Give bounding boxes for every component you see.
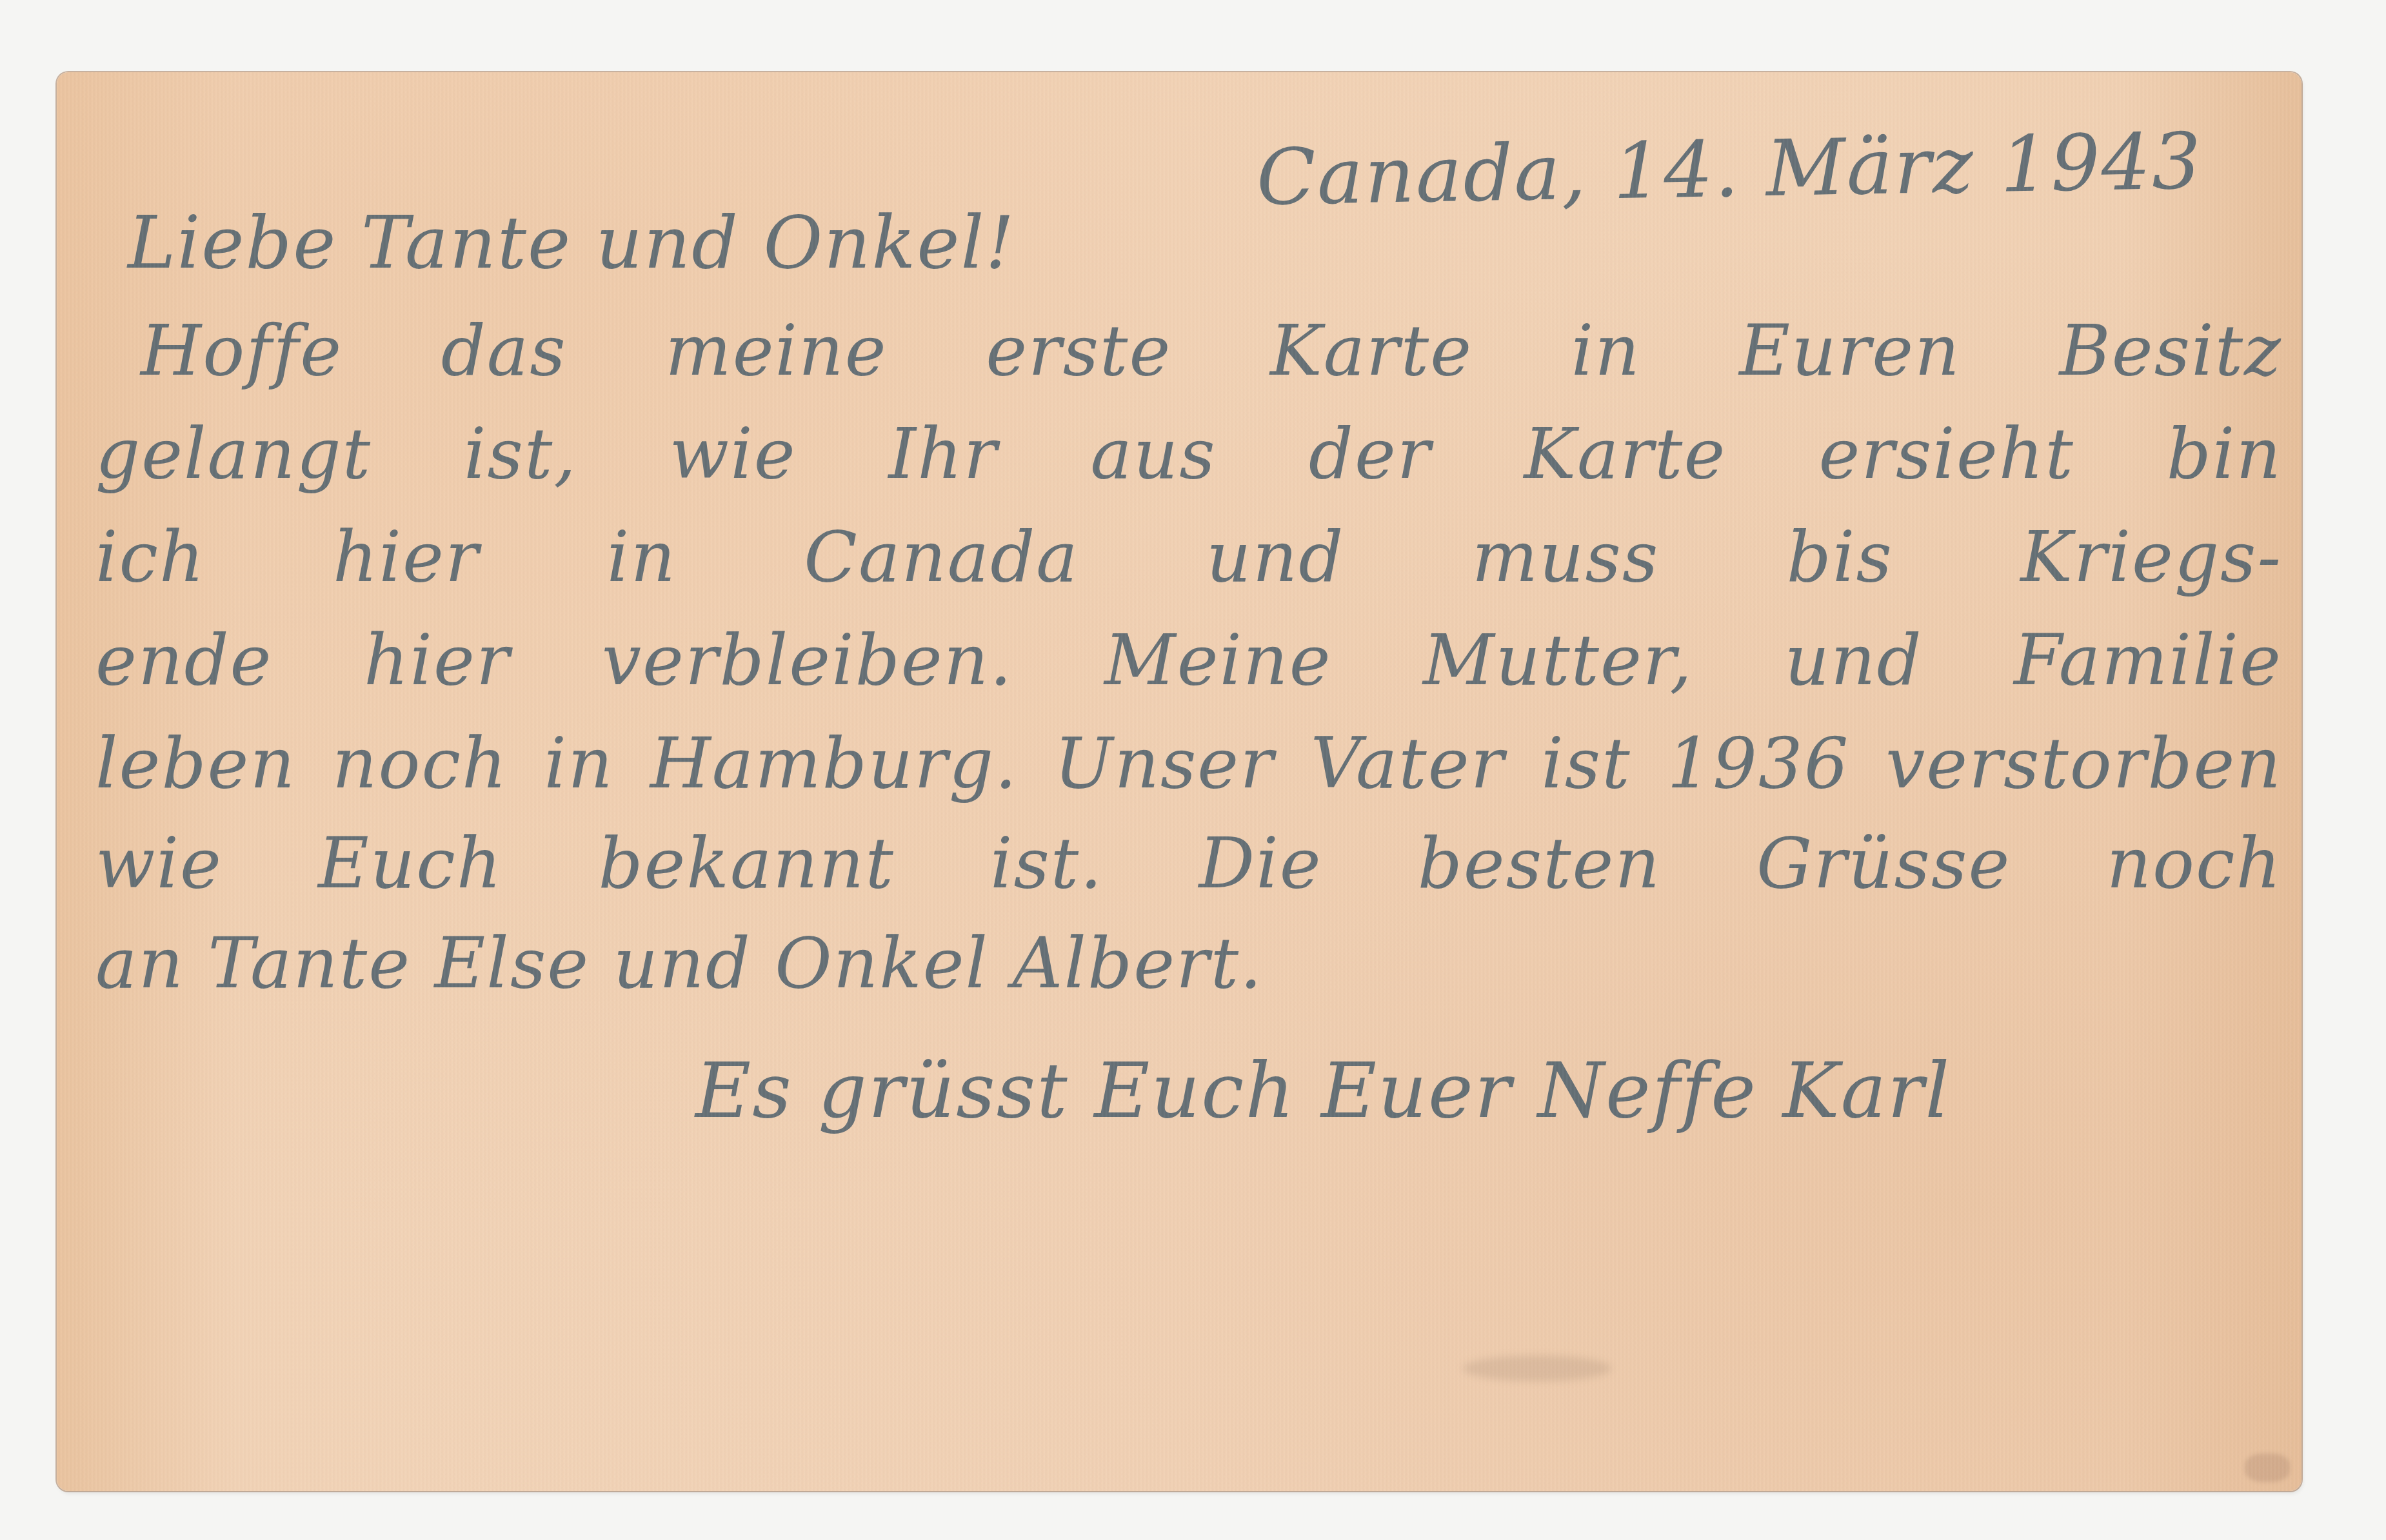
closing-signature: Es grüsst Euch Euer Neffe Karl bbox=[695, 1046, 1951, 1135]
scan-background: Canada, 14. März 1943 Liebe Tante und On… bbox=[0, 0, 2386, 1540]
body-line-7: an Tante Else und Onkel Albert. bbox=[95, 923, 1579, 1004]
corner-wear-mark bbox=[2245, 1454, 2290, 1482]
body-line-3: ich hier in Canada und muss bis Kriegs- bbox=[95, 517, 2282, 598]
postcard: Canada, 14. März 1943 Liebe Tante und On… bbox=[57, 72, 2301, 1491]
body-line-2: gelangt ist, wie Ihr aus der Karte ersie… bbox=[95, 414, 2282, 495]
date-line: Canada, 14. März 1943 bbox=[1256, 117, 2203, 223]
body-line-4: ende hier verbleiben. Meine Mutter, und … bbox=[95, 620, 2282, 701]
salutation: Liebe Tante und Onkel! bbox=[128, 201, 1015, 285]
body-line-1: Hoffe das meine erste Karte in Euren Bes… bbox=[141, 311, 2282, 391]
body-line-6: wie Euch bekannt ist. Die besten Grüsse … bbox=[95, 824, 2282, 904]
body-line-5: leben noch in Hamburg. Unser Vater ist 1… bbox=[95, 724, 2282, 804]
show-through-stain bbox=[1463, 1356, 1611, 1381]
